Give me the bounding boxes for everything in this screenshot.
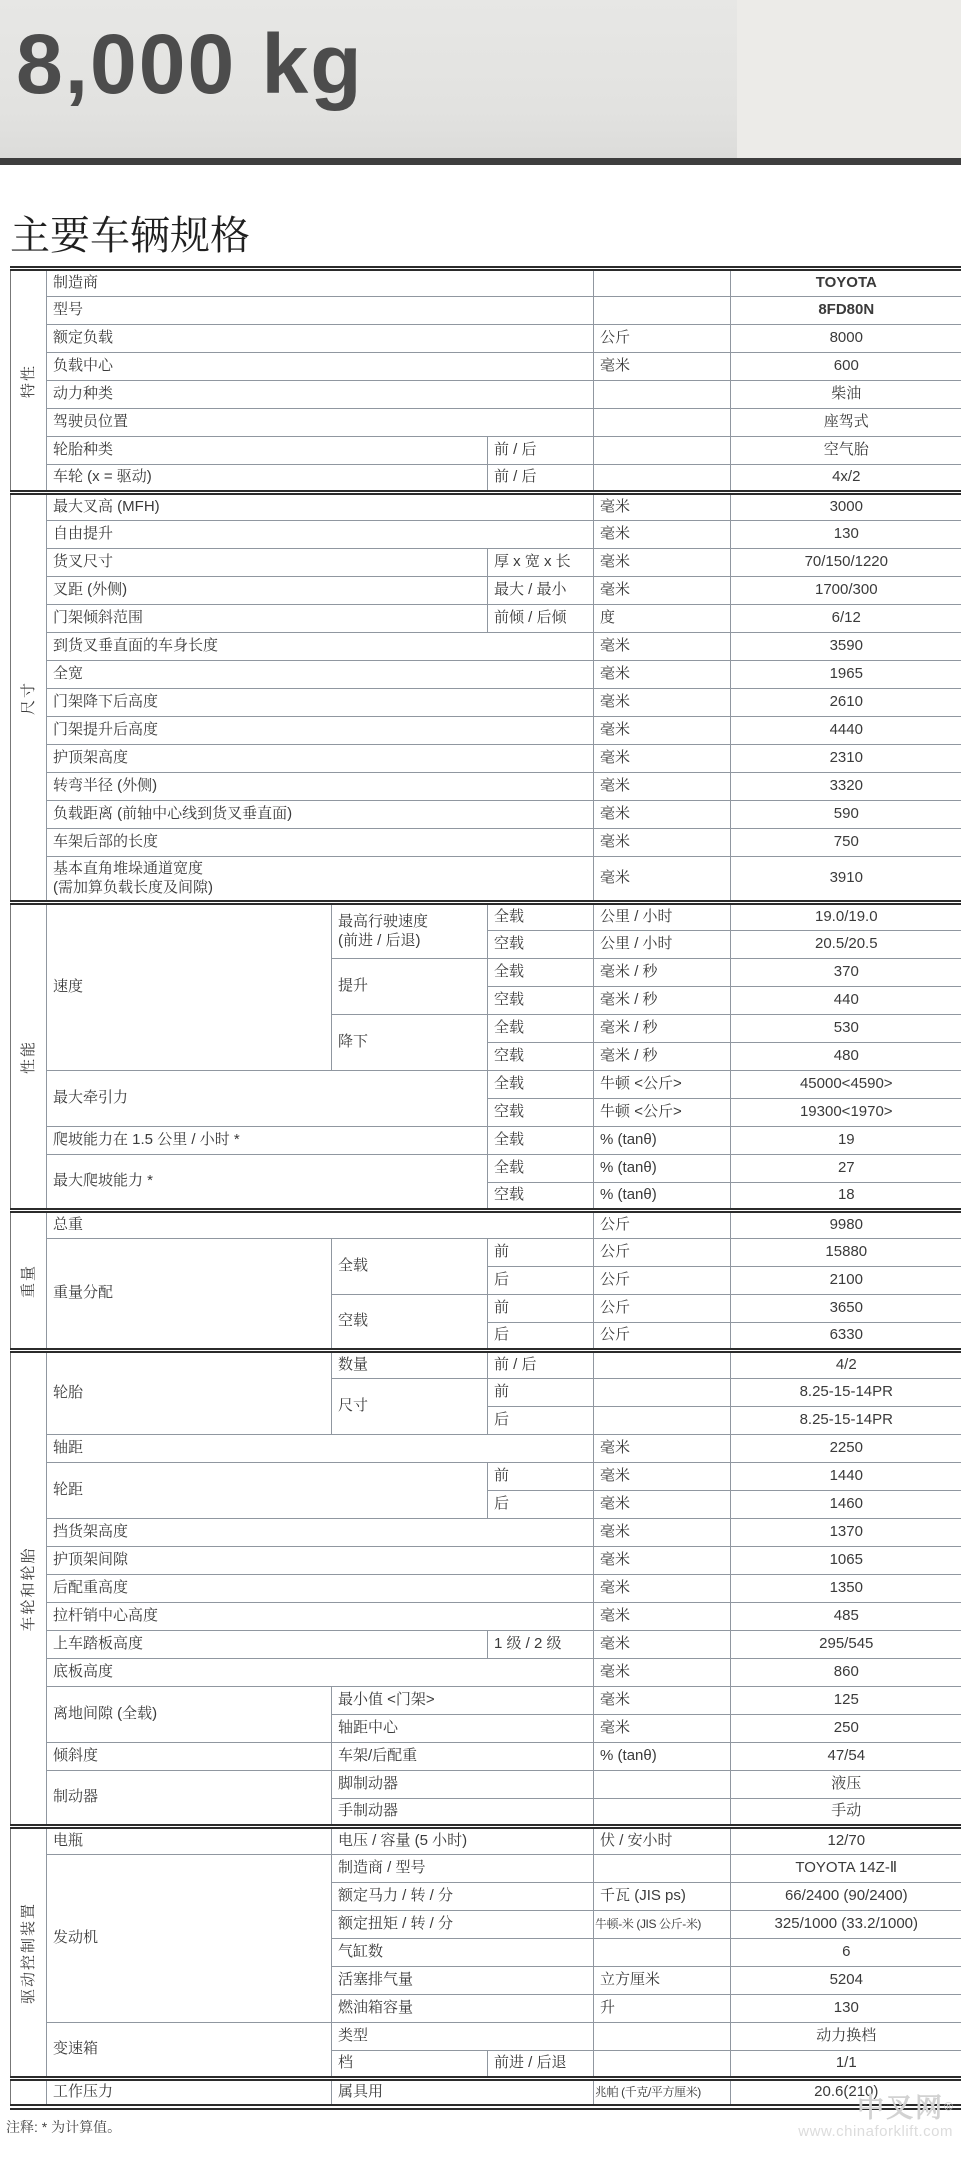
spec-label: 制造商: [47, 269, 594, 297]
spec-sublabel: 空载: [488, 931, 594, 959]
spec-label: 总重: [47, 1211, 594, 1239]
spec-label: 速度: [47, 903, 332, 1071]
spec-sublabel: 全载: [488, 1127, 594, 1155]
spec-value: 1350: [731, 1575, 961, 1603]
spec-sublabel: 电压 / 容量 (5 小时): [332, 1827, 594, 1855]
table-row: 负载距离 (前轴中心线到货叉垂直面)毫米590: [11, 801, 961, 829]
spec-sublabel: 前进 / 后退: [488, 2051, 594, 2079]
spec-value: 480: [731, 1043, 961, 1071]
section-wheels-tires: 车轮和轮胎轮胎数量前 / 后4/2尺寸前8.25-15-14PR后8.25-15…: [11, 1351, 961, 1827]
spec-value: 3590: [731, 633, 961, 661]
spec-sublabel: 提升: [332, 959, 488, 1015]
table-row: 到货叉垂直面的车身长度毫米3590: [11, 633, 961, 661]
spec-value: 6330: [731, 1323, 961, 1351]
spec-sublabel: 全载: [488, 903, 594, 931]
spec-label: 车架后部的长度: [47, 829, 594, 857]
table-row: 尺寸最大叉高 (MFH)毫米3000: [11, 493, 961, 521]
spec-sublabel: 数量: [332, 1351, 488, 1379]
spec-value: 485: [731, 1603, 961, 1631]
spec-sublabel: 全载: [488, 1155, 594, 1183]
group-label: 尺寸: [11, 493, 47, 903]
spec-label: 型号: [47, 297, 594, 325]
spec-value: 空气胎: [731, 437, 961, 465]
table-row: 护顶架间隙毫米1065: [11, 1547, 961, 1575]
watermark-site-name: 中叉网: [857, 2093, 944, 2123]
spec-sublabel: 前: [488, 1239, 594, 1267]
spec-unit: 公斤: [594, 1211, 731, 1239]
spec-value: TOYOTA 14Z-Ⅱ: [731, 1855, 961, 1883]
spec-value: 47/54: [731, 1743, 961, 1771]
spec-label: 倾斜度: [47, 1743, 332, 1771]
spec-unit: [594, 409, 731, 437]
group-label: 车轮和轮胎: [11, 1351, 47, 1827]
spec-table: 特性制造商TOYOTA型号8FD80N额定负载公斤8000负载中心毫米600动力…: [10, 266, 961, 2110]
spec-unit: 毫米: [594, 549, 731, 577]
spec-sublabel: 最大 / 最小: [488, 577, 594, 605]
spec-sublabel: 气缸数: [332, 1939, 594, 1967]
spec-value: 液压: [731, 1771, 961, 1799]
spec-label: 基本直角堆垛通道宽度 (需加算负载长度及间隙): [47, 857, 594, 903]
spec-label: 轮胎种类: [47, 437, 488, 465]
spec-label: 离地间隙 (全载): [47, 1687, 332, 1743]
spec-label: 最大牵引力: [47, 1071, 488, 1127]
spec-unit: 毫米: [594, 1659, 731, 1687]
spec-sublabel: 档: [332, 2051, 488, 2079]
spec-sublabel: 1 级 / 2 级: [488, 1631, 594, 1659]
spec-unit: % (tanθ): [594, 1743, 731, 1771]
spec-value: 750: [731, 829, 961, 857]
spec-label: 车轮 (x = 驱动): [47, 465, 488, 493]
spec-value: 1370: [731, 1519, 961, 1547]
spec-label: 叉距 (外侧): [47, 577, 488, 605]
spec-label: 后配重高度: [47, 1575, 594, 1603]
spec-sublabel: 前 / 后: [488, 465, 594, 493]
spec-sublabel: 额定扭矩 / 转 / 分: [332, 1911, 594, 1939]
spec-unit: [594, 2051, 731, 2079]
spec-unit: [594, 381, 731, 409]
spec-value: 125: [731, 1687, 961, 1715]
group-label: 重量: [11, 1211, 47, 1351]
spec-sublabel: 手制动器: [332, 1799, 594, 1827]
group-label-text: 车轮和轮胎: [19, 1546, 37, 1631]
spec-sublabel: 后: [488, 1407, 594, 1435]
spec-unit: 公斤: [594, 1267, 731, 1295]
spec-sublabel: 脚制动器: [332, 1771, 594, 1799]
spec-label: 底板高度: [47, 1659, 594, 1687]
spec-value: 座驾式: [731, 409, 961, 437]
table-row: 车架后部的长度毫米750: [11, 829, 961, 857]
table-row: 叉距 (外侧)最大 / 最小毫米1700/300: [11, 577, 961, 605]
spec-sublabel: 前 / 后: [488, 437, 594, 465]
spec-value: 柴油: [731, 381, 961, 409]
table-row: 最大牵引力全载牛顿 <公斤>45000<4590>: [11, 1071, 961, 1099]
spec-unit: 毫米: [594, 1491, 731, 1519]
table-row: 重量总重公斤9980: [11, 1211, 961, 1239]
spec-sublabel: 额定马力 / 转 / 分: [332, 1883, 594, 1911]
section-drivetrain: 驱动控制装置电瓶电压 / 容量 (5 小时)伏 / 安小时12/70发动机制造商…: [11, 1827, 961, 2079]
page-title: 主要车辆规格: [10, 215, 961, 257]
spec-unit: [594, 297, 731, 325]
spec-sublabel: 全载: [488, 1015, 594, 1043]
spec-sublabel: 空载: [488, 987, 594, 1015]
table-row: 后配重高度毫米1350: [11, 1575, 961, 1603]
section-weight: 重量总重公斤9980重量分配全载前公斤15880后公斤2100空载前公斤3650…: [11, 1211, 961, 1351]
spec-unit: 毫米: [594, 1575, 731, 1603]
spec-unit: % (tanθ): [594, 1183, 731, 1211]
spec-unit: 毫米: [594, 493, 731, 521]
table-row: 全宽毫米1965: [11, 661, 961, 689]
spec-label: 拉杆销中心高度: [47, 1603, 594, 1631]
table-row: 门架提升后高度毫米4440: [11, 717, 961, 745]
spec-unit: 毫米: [594, 857, 731, 903]
spec-value: 8.25-15-14PR: [731, 1407, 961, 1435]
spec-sublabel: 后: [488, 1323, 594, 1351]
spec-unit: 度: [594, 605, 731, 633]
spec-value: 1440: [731, 1463, 961, 1491]
spec-sublabel: 全载: [488, 1071, 594, 1099]
spec-unit: 牛顿 <公斤>: [594, 1071, 731, 1099]
spec-unit: 毫米: [594, 745, 731, 773]
table-row: 车轮和轮胎轮胎数量前 / 后4/2: [11, 1351, 961, 1379]
spec-value: 4/2: [731, 1351, 961, 1379]
spec-value: 370: [731, 959, 961, 987]
table-row: 底板高度毫米860: [11, 1659, 961, 1687]
spec-value: 530: [731, 1015, 961, 1043]
spec-unit: 升: [594, 1995, 731, 2023]
table-row: 发动机制造商 / 型号TOYOTA 14Z-Ⅱ: [11, 1855, 961, 1883]
capacity-banner: 8,000 kg: [0, 0, 961, 158]
spec-sublabel: 空载: [332, 1295, 488, 1351]
spec-unit: 毫米: [594, 1603, 731, 1631]
spec-unit: 毫米: [594, 829, 731, 857]
spec-unit: 毫米: [594, 1547, 731, 1575]
spec-label: 门架降下后高度: [47, 689, 594, 717]
spec-label: 制动器: [47, 1771, 332, 1827]
group-label: [11, 2079, 47, 2107]
spec-unit: 公斤: [594, 1323, 731, 1351]
spec-unit: 毫米 / 秒: [594, 1043, 731, 1071]
spec-label: 负载距离 (前轴中心线到货叉垂直面): [47, 801, 594, 829]
spec-label: 最大叉高 (MFH): [47, 493, 594, 521]
spec-sublabel: 车架/后配重: [332, 1743, 594, 1771]
divider-rule: [0, 158, 961, 165]
table-row: 额定负载公斤8000: [11, 325, 961, 353]
table-row: 最大爬坡能力 *全载% (tanθ)27: [11, 1155, 961, 1183]
table-row: 拉杆销中心高度毫米485: [11, 1603, 961, 1631]
spec-unit: 毫米: [594, 661, 731, 689]
spec-label: 转弯半径 (外侧): [47, 773, 594, 801]
group-label: 性能: [11, 903, 47, 1211]
spec-sublabel: 空载: [488, 1183, 594, 1211]
spec-label: 护顶架高度: [47, 745, 594, 773]
spec-value: 8.25-15-14PR: [731, 1379, 961, 1407]
spec-unit: [594, 1855, 731, 1883]
spec-sublabel: 降下: [332, 1015, 488, 1071]
spec-value: 2250: [731, 1435, 961, 1463]
spec-unit: 毫米: [594, 717, 731, 745]
spec-label: 工作压力: [47, 2079, 332, 2107]
spec-value: 4x/2: [731, 465, 961, 493]
table-row: 离地间隙 (全载)最小值 <门架>毫米125: [11, 1687, 961, 1715]
spec-value: 19: [731, 1127, 961, 1155]
table-row: 门架降下后高度毫米2610: [11, 689, 961, 717]
registered-mark-icon: ®: [944, 2100, 953, 2114]
spec-value: 130: [731, 521, 961, 549]
table-row: 型号8FD80N: [11, 297, 961, 325]
spec-label: 驾驶员位置: [47, 409, 594, 437]
spec-unit: 牛顿-米 (JIS 公斤-米): [594, 1911, 731, 1939]
spec-unit: 公里 / 小时: [594, 903, 731, 931]
spec-value: 250: [731, 1715, 961, 1743]
spec-value: 27: [731, 1155, 961, 1183]
spec-value: 3650: [731, 1295, 961, 1323]
spec-unit: 公斤: [594, 1239, 731, 1267]
spec-label: 门架提升后高度: [47, 717, 594, 745]
spec-value: 8FD80N: [731, 297, 961, 325]
spec-value: 2310: [731, 745, 961, 773]
spec-value: 590: [731, 801, 961, 829]
spec-value: 440: [731, 987, 961, 1015]
spec-unit: % (tanθ): [594, 1127, 731, 1155]
spec-unit: % (tanθ): [594, 1155, 731, 1183]
spec-unit: 毫米 / 秒: [594, 987, 731, 1015]
spec-value: 动力换档: [731, 2023, 961, 2051]
spec-unit: 毫米 / 秒: [594, 1015, 731, 1043]
group-label-text: 尺寸: [19, 680, 37, 714]
spec-unit: 公斤: [594, 325, 731, 353]
spec-value: 6: [731, 1939, 961, 1967]
table-row: 特性制造商TOYOTA: [11, 269, 961, 297]
spec-unit: 千瓦 (JIS ps): [594, 1883, 731, 1911]
banner-right-shade: [737, 0, 961, 158]
table-row: 轮距前毫米1440: [11, 1463, 961, 1491]
spec-sublabel: 全载: [488, 959, 594, 987]
spec-sublabel: 后: [488, 1491, 594, 1519]
spec-label: 额定负载: [47, 325, 594, 353]
spec-sublabel: 全载: [332, 1239, 488, 1295]
table-row: 车轮 (x = 驱动)前 / 后4x/2: [11, 465, 961, 493]
spec-value: 9980: [731, 1211, 961, 1239]
spec-unit: [594, 1351, 731, 1379]
section-performance: 性能速度最高行驶速度 (前进 / 后退)全载公里 / 小时19.0/19.0空载…: [11, 903, 961, 1211]
spec-value: 66/2400 (90/2400): [731, 1883, 961, 1911]
spec-unit: 毫米: [594, 801, 731, 829]
spec-unit: 毫米 / 秒: [594, 959, 731, 987]
spec-value: 12/70: [731, 1827, 961, 1855]
spec-unit: [594, 1379, 731, 1407]
spec-sublabel: 制造商 / 型号: [332, 1855, 594, 1883]
spec-label: 变速箱: [47, 2023, 332, 2079]
spec-unit: 毫米: [594, 1715, 731, 1743]
spec-unit: [594, 1939, 731, 1967]
spec-value: 8000: [731, 325, 961, 353]
spec-unit: 毫米: [594, 1519, 731, 1547]
table-row: 倾斜度车架/后配重% (tanθ)47/54: [11, 1743, 961, 1771]
spec-value: 18: [731, 1183, 961, 1211]
spec-unit: [594, 1799, 731, 1827]
spec-unit: 毫米: [594, 521, 731, 549]
spec-unit: 毫米: [594, 577, 731, 605]
table-row: 货叉尺寸厚 x 宽 x 长毫米70/150/1220: [11, 549, 961, 577]
group-label: 驱动控制装置: [11, 1827, 47, 2079]
spec-label: 到货叉垂直面的车身长度: [47, 633, 594, 661]
spec-sublabel: 类型: [332, 2023, 594, 2051]
spec-unit: 毫米: [594, 1631, 731, 1659]
spec-value: 1700/300: [731, 577, 961, 605]
spec-sublabel: 空载: [488, 1043, 594, 1071]
spec-label: 最大爬坡能力 *: [47, 1155, 488, 1211]
spec-unit: 公斤: [594, 1295, 731, 1323]
table-row: 自由提升毫米130: [11, 521, 961, 549]
table-row: 挡货架高度毫米1370: [11, 1519, 961, 1547]
spec-label: 挡货架高度: [47, 1519, 594, 1547]
spec-sublabel: 前: [488, 1463, 594, 1491]
spec-value: 2100: [731, 1267, 961, 1295]
table-row: 制动器脚制动器液压: [11, 1771, 961, 1799]
spec-sublabel: 空载: [488, 1099, 594, 1127]
spec-unit: 立方厘米: [594, 1967, 731, 1995]
table-row: 轮胎种类前 / 后空气胎: [11, 437, 961, 465]
table-row: 重量分配全载前公斤15880: [11, 1239, 961, 1267]
spec-value: 3320: [731, 773, 961, 801]
spec-label: 轮胎: [47, 1351, 332, 1435]
spec-value: TOYOTA: [731, 269, 961, 297]
spec-label: 护顶架间隙: [47, 1547, 594, 1575]
spec-value: 600: [731, 353, 961, 381]
group-label-text: 驱动控制装置: [19, 1901, 37, 2003]
spec-value: 295/545: [731, 1631, 961, 1659]
spec-unit: [594, 1771, 731, 1799]
spec-sublabel: 最高行驶速度 (前进 / 后退): [332, 903, 488, 959]
spec-unit: 牛顿 <公斤>: [594, 1099, 731, 1127]
spec-value: 1065: [731, 1547, 961, 1575]
spec-sublabel: 前 / 后: [488, 1351, 594, 1379]
spec-value: 6/12: [731, 605, 961, 633]
spec-label: 门架倾斜范围: [47, 605, 488, 633]
spec-label: 负载中心: [47, 353, 594, 381]
spec-unit: [594, 1407, 731, 1435]
spec-unit: [594, 465, 731, 493]
table-row: 负载中心毫米600: [11, 353, 961, 381]
spec-value: 860: [731, 1659, 961, 1687]
spec-label: 动力种类: [47, 381, 594, 409]
spec-value: 手动: [731, 1799, 961, 1827]
spec-value: 2610: [731, 689, 961, 717]
spec-unit: [594, 437, 731, 465]
spec-unit: 公里 / 小时: [594, 931, 731, 959]
spec-sublabel: 前倾 / 后倾: [488, 605, 594, 633]
spec-label: 轮距: [47, 1463, 488, 1519]
spec-sublabel: 前: [488, 1295, 594, 1323]
spec-sublabel: 前: [488, 1379, 594, 1407]
table-row: 门架倾斜范围前倾 / 后倾度6/12: [11, 605, 961, 633]
section-characteristics: 特性制造商TOYOTA型号8FD80N额定负载公斤8000负载中心毫米600动力…: [11, 269, 961, 493]
capacity-label: 8,000 kg: [16, 22, 364, 106]
group-label: 特性: [11, 269, 47, 493]
spec-unit: 伏 / 安小时: [594, 1827, 731, 1855]
spec-unit: 毫米: [594, 773, 731, 801]
spec-value: 1460: [731, 1491, 961, 1519]
spec-sublabel: 燃油箱容量: [332, 1995, 594, 2023]
watermark: 中叉网® www.chinaforklift.com: [798, 2094, 953, 2140]
spec-value: 19300<1970>: [731, 1099, 961, 1127]
group-label-text: 重量: [19, 1263, 37, 1297]
table-row: 护顶架高度毫米2310: [11, 745, 961, 773]
table-row: 性能速度最高行驶速度 (前进 / 后退)全载公里 / 小时19.0/19.0: [11, 903, 961, 931]
spec-sublabel: 活塞排气量: [332, 1967, 594, 1995]
spec-label: 电瓶: [47, 1827, 332, 1855]
spec-value: 130: [731, 1995, 961, 2023]
spec-value: 45000<4590>: [731, 1071, 961, 1099]
spec-unit: 毫米: [594, 353, 731, 381]
spec-unit: [594, 269, 731, 297]
table-row: 驾驶员位置座驾式: [11, 409, 961, 437]
spec-unit: 兆帕 (千克/平方厘米): [594, 2079, 731, 2107]
spec-unit: 毫米: [594, 633, 731, 661]
table-row: 动力种类柴油: [11, 381, 961, 409]
spec-value: 70/150/1220: [731, 549, 961, 577]
spec-label: 发动机: [47, 1855, 332, 2023]
spec-sublabel: 属具用: [332, 2079, 594, 2107]
spec-unit: 毫米: [594, 1463, 731, 1491]
spec-label: 自由提升: [47, 521, 594, 549]
spec-value: 4440: [731, 717, 961, 745]
spec-sublabel: 轴距中心: [332, 1715, 594, 1743]
watermark-site-url: www.chinaforklift.com: [798, 2124, 953, 2141]
spec-label: 货叉尺寸: [47, 549, 488, 577]
spec-label: 爬坡能力在 1.5 公里 / 小时 *: [47, 1127, 488, 1155]
spec-value: 20.5/20.5: [731, 931, 961, 959]
spec-unit: 毫米: [594, 1435, 731, 1463]
spec-value: 1965: [731, 661, 961, 689]
spec-label: 轴距: [47, 1435, 594, 1463]
spec-value: 3000: [731, 493, 961, 521]
spec-sublabel: 后: [488, 1267, 594, 1295]
spec-label: 上车踏板高度: [47, 1631, 488, 1659]
table-row: 变速箱类型动力换档: [11, 2023, 961, 2051]
table-row: 轴距毫米2250: [11, 1435, 961, 1463]
spec-value: 3910: [731, 857, 961, 903]
group-label-text: 特性: [19, 363, 37, 397]
spec-value: 325/1000 (33.2/1000): [731, 1911, 961, 1939]
spec-value: 1/1: [731, 2051, 961, 2079]
table-row: 上车踏板高度1 级 / 2 级毫米295/545: [11, 1631, 961, 1659]
table-row: 驱动控制装置电瓶电压 / 容量 (5 小时)伏 / 安小时12/70: [11, 1827, 961, 1855]
spec-value: 15880: [731, 1239, 961, 1267]
spec-label: 重量分配: [47, 1239, 332, 1351]
section-dimensions: 尺寸最大叉高 (MFH)毫米3000自由提升毫米130货叉尺寸厚 x 宽 x 长…: [11, 493, 961, 903]
spec-sublabel: 最小值 <门架>: [332, 1687, 594, 1715]
spec-unit: [594, 2023, 731, 2051]
table-row: 基本直角堆垛通道宽度 (需加算负载长度及间隙)毫米3910: [11, 857, 961, 903]
table-row: 转弯半径 (外侧)毫米3320: [11, 773, 961, 801]
spec-sublabel: 厚 x 宽 x 长: [488, 549, 594, 577]
group-label-text: 性能: [19, 1039, 37, 1073]
table-row: 爬坡能力在 1.5 公里 / 小时 *全载% (tanθ)19: [11, 1127, 961, 1155]
spec-label: 全宽: [47, 661, 594, 689]
spec-sublabel: 尺寸: [332, 1379, 488, 1435]
spec-unit: 毫米: [594, 1687, 731, 1715]
spec-value: 19.0/19.0: [731, 903, 961, 931]
spec-unit: 毫米: [594, 689, 731, 717]
spec-value: 5204: [731, 1967, 961, 1995]
